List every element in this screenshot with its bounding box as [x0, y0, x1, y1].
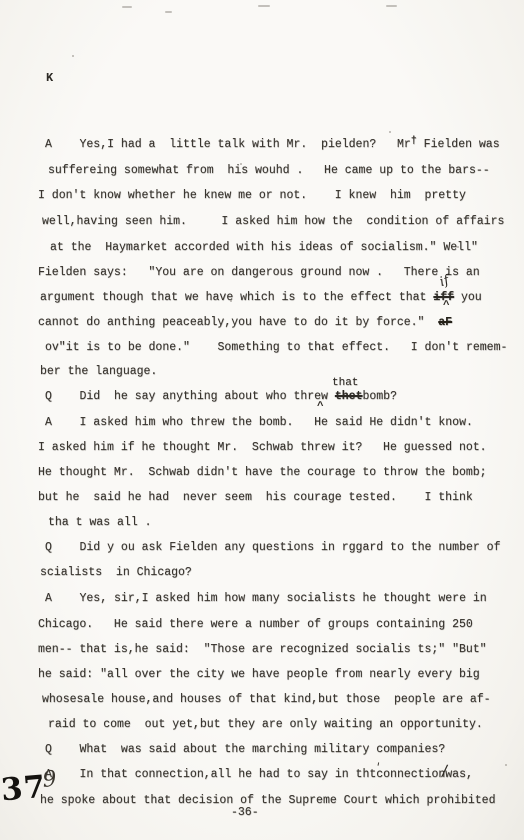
- typed-line: at the Haymarket accorded with his ideas…: [50, 241, 478, 255]
- typed-line: ber the language.: [40, 365, 157, 379]
- typed-line: Q Did he say anything about who threw th…: [45, 390, 397, 404]
- typed-text: Fielden says: "You are on dangerous grou…: [38, 266, 480, 279]
- typed-text: A Yes, sir,I asked him how many socialis…: [45, 592, 487, 605]
- typed-line: whosesale house,and houses of that kind,…: [42, 693, 491, 707]
- typed-line: Chicago. He said there were a number of …: [38, 618, 473, 632]
- margin-letter: K: [46, 71, 53, 85]
- typed-text: He thought Mr. Schwab didn't have the co…: [38, 466, 487, 479]
- typed-text: Q Did he say anything about who threw: [45, 390, 335, 403]
- typed-line: A Yes,I had a little talk with Mr. pield…: [45, 138, 500, 153]
- typed-text: A I asked him who threw the bomb. He sai…: [45, 416, 473, 429]
- page-number: -36-: [231, 806, 259, 819]
- typed-line: suffereing somewhat from his wouhd . He …: [48, 164, 490, 178]
- typed-line: argument though that we have which is to…: [40, 291, 482, 305]
- typed-line: men-- that is,he said: "Those are recogn…: [38, 643, 487, 657]
- typed-text: Fielden was: [417, 138, 500, 151]
- scan-artifact-speck: [457, 246, 459, 248]
- typed-text: at the Haymarket accorded with his ideas…: [50, 241, 478, 254]
- typed-line: A Yes, sir,I asked him how many socialis…: [45, 592, 487, 606]
- typed-line: he spoke about that decision of the Supr…: [40, 794, 495, 808]
- typed-text: ov"it is to be done." Something to that …: [45, 341, 507, 354]
- typed-text: well,having seen him. I asked him how th…: [42, 215, 504, 228]
- typed-line: well,having seen him. I asked him how th…: [42, 215, 504, 229]
- typed-text: Chicago. He said there were a number of …: [38, 618, 473, 631]
- typed-text: cannot do anthing peaceably,you have to …: [38, 316, 438, 329]
- handwritten-page-number: 379: [0, 767, 62, 808]
- typed-line: Fielden says: "You are on dangerous grou…: [38, 266, 480, 280]
- typed-text: whosesale house,and houses of that kind,…: [42, 693, 491, 706]
- document-page: K A Yes,I had a little talk with Mr. pie…: [0, 0, 524, 840]
- typed-text: A In that connection,all he had to say i…: [45, 768, 473, 781]
- typed-text: I asked him if he thought Mr. Schwab thr…: [38, 441, 487, 454]
- typed-text: but he said he had never seem his courag…: [38, 491, 473, 504]
- typed-text: I don't know whether he knew me or not. …: [38, 189, 466, 202]
- scan-artifact-dash: [165, 11, 172, 13]
- typed-line: raid to come out yet,but they are only w…: [48, 718, 483, 732]
- typed-line: tha t was all .: [48, 516, 152, 530]
- scan-artifact-speck: [230, 300, 232, 302]
- scan-artifact-speck: [240, 163, 242, 165]
- scan-artifact-speck: [72, 55, 74, 57]
- typed-line: Q Did y ou ask Fielden any questions in …: [45, 541, 500, 555]
- scan-artifact-speck: [389, 131, 391, 133]
- scan-artifact-speck: [505, 764, 507, 766]
- typed-text: he said: "all over the city we have peop…: [38, 668, 480, 681]
- typed-line: A In that connection,all he had to say i…: [45, 768, 473, 782]
- scan-artifact-dash: [122, 6, 132, 8]
- typed-line: A I asked him who threw the bomb. He sai…: [45, 416, 473, 430]
- corrected-text: thet: [335, 390, 363, 403]
- typed-line: I don't know whether he knew me or not. …: [38, 189, 466, 203]
- typed-text: he spoke about that decision of the Supr…: [40, 794, 495, 807]
- handwritten-page-number-main: 37: [0, 769, 48, 809]
- typed-text: men-- that is,he said: "Those are recogn…: [38, 643, 487, 656]
- scan-artifact-dash: [258, 5, 270, 7]
- typed-text: bomb?: [362, 390, 397, 403]
- scan-artifact-dash: [386, 5, 397, 7]
- typed-line: scialists in Chicago?: [40, 566, 192, 580]
- typed-line: He thought Mr. Schwab didn't have the co…: [38, 466, 487, 480]
- typed-line: I asked him if he thought Mr. Schwab thr…: [38, 441, 487, 455]
- typed-text: Q Did y ou ask Fielden any questions in …: [45, 541, 500, 554]
- typed-text: suffereing somewhat from his wouhd . He …: [48, 164, 490, 177]
- interline-word: that: [332, 377, 358, 389]
- typed-line: ov"it is to be done." Something to that …: [45, 341, 507, 355]
- caret-mark: ^: [443, 300, 450, 312]
- typed-text: scialists in Chicago?: [40, 566, 192, 579]
- typed-text: raid to come out yet,but they are only w…: [48, 718, 483, 731]
- handwritten-page-number-digit: 9: [41, 767, 57, 793]
- typed-text: A Yes,I had a little talk with Mr. pield…: [45, 138, 411, 151]
- corrected-text: aF: [438, 316, 452, 329]
- typed-line: he said: "all over the city we have peop…: [38, 668, 480, 682]
- typed-text: Q What was said about the marching milit…: [45, 743, 445, 756]
- typed-text: ber the language.: [40, 365, 157, 378]
- typed-line: cannot do anthing peaceably,you have to …: [38, 316, 452, 330]
- corrected-text: †: [411, 136, 417, 147]
- caret-mark: ^: [317, 401, 324, 413]
- typed-line: Q What was said about the marching milit…: [45, 743, 445, 757]
- typed-text: you: [454, 291, 482, 304]
- typed-text: argument though that we have which is to…: [40, 291, 433, 304]
- typed-text: tha t was all .: [48, 516, 152, 529]
- typed-line: but he said he had never seem his courag…: [38, 491, 473, 505]
